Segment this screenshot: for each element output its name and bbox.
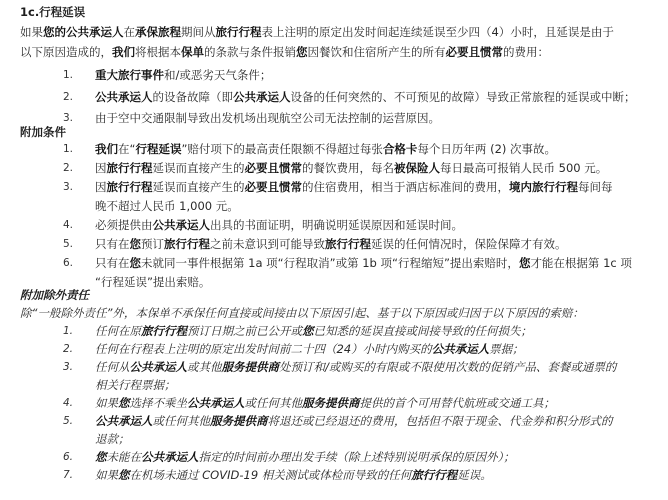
list-number: 6. xyxy=(63,255,83,271)
list-number: 5. xyxy=(63,236,83,252)
list-item-text: 只有在您预订旅行行程之前未意识到可能导致旅行行程延误的任何情况时，保险保障才有效… xyxy=(95,236,567,252)
list-item-text: 您未能在公共承运人指定的时间前办理出发手续（除上述特别说明承保的原因外）； xyxy=(95,449,515,465)
list-item-text: 只有在您未就同一事件根据第 1a 项“行程取消”或第 1b 项“行程缩短”提出索… xyxy=(95,255,632,271)
list-item-text: 如果您选择不乘坐公共承运人或任何其他服务提供商提供的首个可用替代航班或交通工具； xyxy=(95,395,555,411)
list-number: 3. xyxy=(63,110,83,126)
list-number: 4. xyxy=(63,395,83,411)
intro-paragraph-line-1: 如果您的公共承运人在承保旅程期间从旅行行程表上注明的原定出发时间起连续延误至少四… xyxy=(20,24,614,40)
list-item-text: 任何在原旅行行程预订日期之前已公开或您已知悉的延误直接或间接导致的任何损失； xyxy=(95,323,532,339)
list-item-text: 由于空中交通限制导致出发机场出现航空公司无法控制的运营原因。 xyxy=(95,110,440,126)
list-number: 1. xyxy=(63,323,83,339)
list-item-text-continued: 晚不超过人民币 1,000 元。 xyxy=(95,198,239,214)
list-item-text: 我们在“行程延误”赔付项下的最高责任限额不得超过每张合格卡每个日历年两 (2) … xyxy=(95,141,556,157)
list-item-text: 任何从公共承运人或其他服务提供商处预订和/或购买的有限或不限使用次数的促销产品、… xyxy=(95,359,616,375)
section-title-trip-delay: 1c.行程延误 xyxy=(20,4,85,20)
list-number: 3. xyxy=(63,359,83,375)
list-item-text: 因旅行行程延误而直接产生的必要且惯常的住宿费用，相当于酒店标准间的费用，境内旅行… xyxy=(95,179,613,195)
list-item-text: 因旅行行程延误而直接产生的必要且惯常的餐饮费用，每名被保险人每日最高可报销人民币… xyxy=(95,160,607,176)
intro-paragraph-line-2: 以下原因造成的，我们将根据本保单的条款与条件报销您因餐饮和住宿所产生的所有必要且… xyxy=(20,44,549,60)
list-item-text-continued: 退款； xyxy=(95,431,130,447)
list-number: 4. xyxy=(63,217,83,233)
list-item-text-continued: “行程延误”提出索赔。 xyxy=(95,274,210,290)
list-number: 7. xyxy=(63,467,83,483)
section-title-additional-exclusions: 附加除外责任 xyxy=(20,287,89,303)
list-item-text: 公共承运人的设备故障（即公共承运人设备的任何突然的、不可预见的故障）导致正常旅程… xyxy=(95,89,636,105)
list-number: 3. xyxy=(63,179,83,195)
list-number: 2. xyxy=(63,160,83,176)
section-title-additional-conditions: 附加条件 xyxy=(20,124,66,140)
exclusions-intro: 除“一般除外责任”外，本保单不承保任何直接或间接由以下原因引起、基于以下原因或归… xyxy=(20,305,584,321)
list-item-text: 如果您在机场未通过 COVID-19 相关测试或体检而导致的任何旅行行程延误。 xyxy=(95,467,492,483)
list-number: 1. xyxy=(63,141,83,157)
list-item-text-continued: 相关行程票据； xyxy=(95,377,176,393)
list-number: 2. xyxy=(63,89,83,105)
list-item-text: 任何在行程表上注明的原定出发时间前二十四（24）小时内购买的公共承运人票据； xyxy=(95,341,524,357)
list-number: 1. xyxy=(63,67,83,83)
list-number: 6. xyxy=(63,449,83,465)
list-item-text: 重大旅行事件和/或恶劣天气条件； xyxy=(95,67,271,83)
list-item-text: 公共承运人或任何其他服务提供商将退还或已经退还的费用，包括但不限于现金、代金券和… xyxy=(95,413,613,429)
policy-document: 1c.行程延误 如果您的公共承运人在承保旅程期间从旅行行程表上注明的原定出发时间… xyxy=(0,0,668,500)
list-item-text: 必须提供由公共承运人出具的书面证明，明确说明延误原因和延误时间。 xyxy=(95,217,463,233)
list-number: 5. xyxy=(63,413,83,429)
list-number: 2. xyxy=(63,341,83,357)
